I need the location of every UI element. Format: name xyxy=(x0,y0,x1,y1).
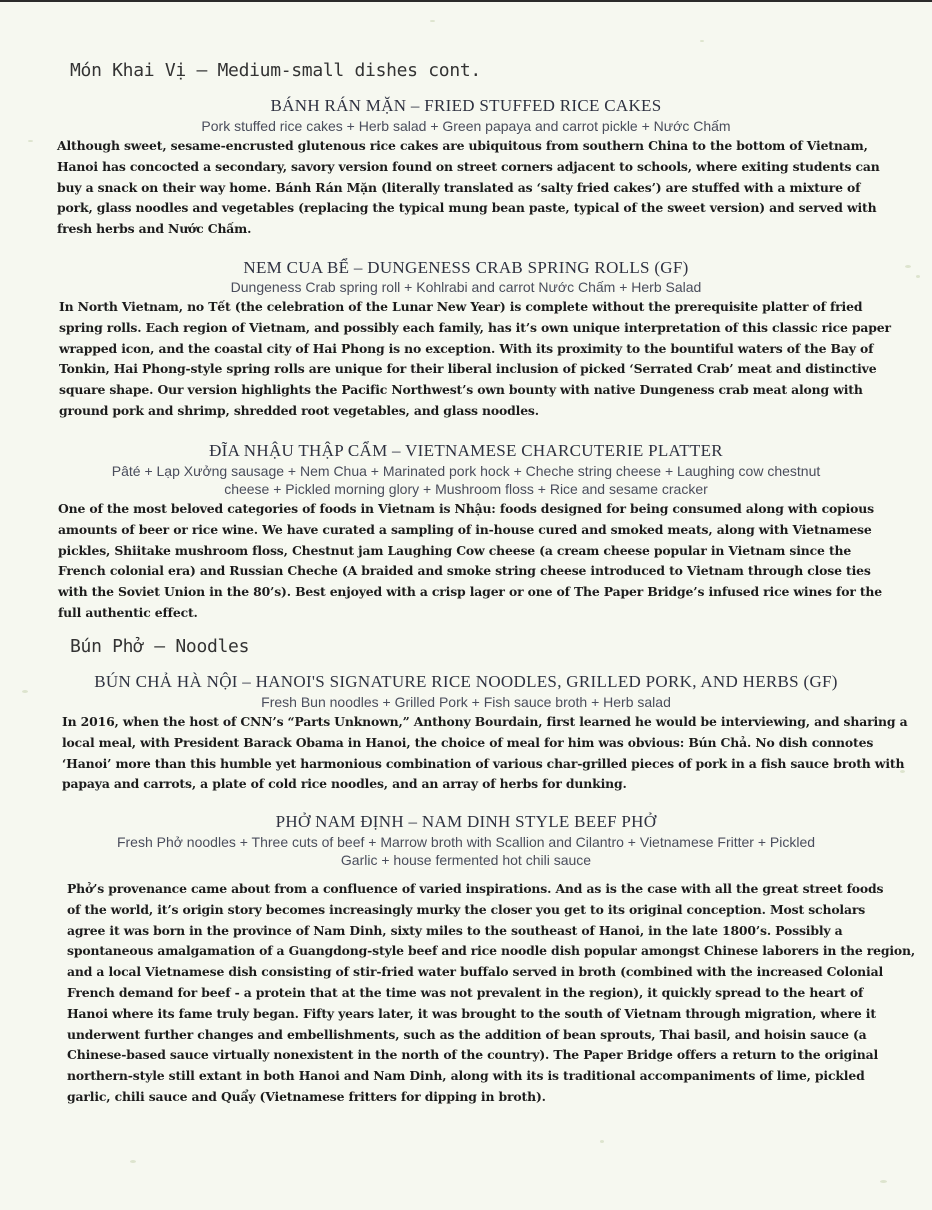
dish-title-dia-nhau-thap-cam: ĐĨA NHẬU THẬP CẨM – VIETNAMESE CHARCUTER… xyxy=(0,441,932,461)
dish-description-bun-cha-ha-noi: In 2016, when the host of CNN’s “Parts U… xyxy=(62,712,907,795)
dish-components-dia-nhau-thap-cam: Pâté + Lạp Xưởng sausage + Nem Chua + Ma… xyxy=(60,462,872,498)
page-top-border xyxy=(0,0,932,2)
dish-description-nem-cua-be: In North Vietnam, no Tết (the celebratio… xyxy=(59,297,891,422)
dish-components-pho-nam-dinh: Fresh Phở noodles + Three cuts of beef +… xyxy=(60,833,872,869)
dish-components-banh-ran-man: Pork stuffed rice cakes + Herb salad + G… xyxy=(0,117,932,135)
dish-title-banh-ran-man: BÁNH RÁN MẶN – FRIED STUFFED RICE CAKES xyxy=(0,96,932,116)
dish-components-nem-cua-be: Dungeness Crab spring roll + Kohlrabi an… xyxy=(0,278,932,296)
dish-title-pho-nam-dinh: PHỞ NAM ĐỊNH – NAM DINH STYLE BEEF PHỞ xyxy=(0,812,932,832)
dish-description-banh-ran-man: Although sweet, sesame-encrusted gluteno… xyxy=(57,136,880,240)
section-title-appetizers: Món Khai Vị – Medium-small dishes cont. xyxy=(70,60,481,81)
dish-title-nem-cua-be: NEM CUA BỂ – DUNGENESS CRAB SPRING ROLLS… xyxy=(0,258,932,278)
dish-description-pho-nam-dinh: Phở’s provenance came about from a confl… xyxy=(67,879,915,1108)
dish-title-bun-cha-ha-noi: BÚN CHẢ HÀ NỘI – HANOI'S SIGNATURE RICE … xyxy=(0,672,932,692)
dish-components-bun-cha-ha-noi: Fresh Bun noodles + Grilled Pork + Fish … xyxy=(0,693,932,711)
dish-description-dia-nhau-thap-cam: One of the most beloved categories of fo… xyxy=(58,499,882,624)
section-title-noodles: Bún Phở – Noodles xyxy=(70,636,249,657)
